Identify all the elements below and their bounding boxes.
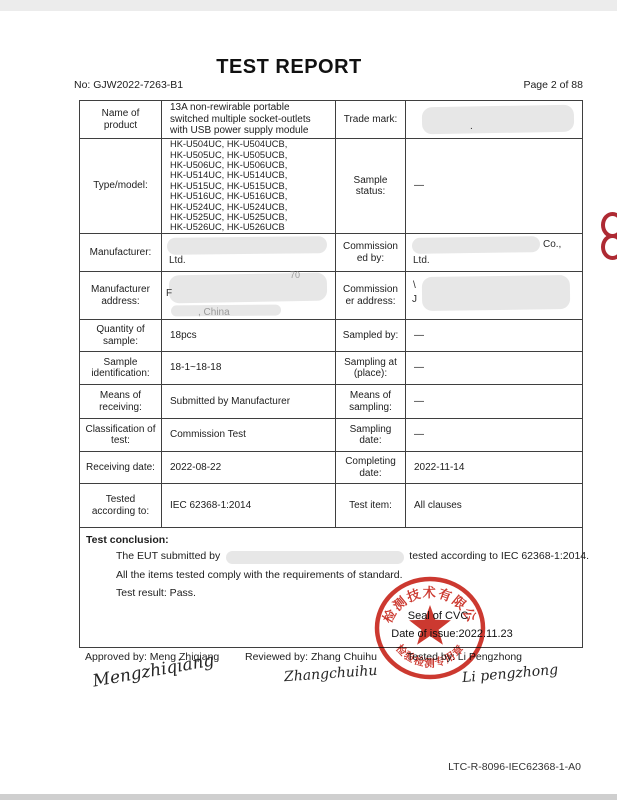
redaction-blob bbox=[422, 105, 574, 135]
means-of-receiving-value: Submitted by Manufacturer bbox=[162, 385, 336, 419]
means-of-sampling-value: — bbox=[406, 385, 582, 419]
row-classification: Classification of test: Commission Test … bbox=[80, 419, 582, 452]
sample-status-label: Sample status: bbox=[336, 139, 406, 234]
trade-mark-value: . bbox=[406, 101, 582, 139]
means-of-sampling-label: Means of sampling: bbox=[336, 385, 406, 419]
tested-according-to-label: Tested according to: bbox=[80, 484, 162, 528]
redaction-blob bbox=[226, 551, 404, 564]
test-item-label: Test item: bbox=[336, 484, 406, 528]
test-conclusion-heading: Test conclusion: bbox=[86, 534, 169, 546]
sampled-by-value: — bbox=[406, 320, 582, 352]
row-manufacturer-address: Manufacturer address: 70 F , China Commi… bbox=[80, 272, 582, 320]
redaction-blob bbox=[167, 236, 327, 255]
trade-mark-label: Trade mark: bbox=[336, 101, 406, 139]
row-quantity: Quantity of sample: 18pcs Sampled by: — bbox=[80, 320, 582, 352]
page-number: Page 2 of 88 bbox=[523, 79, 583, 91]
reviewed-signature: Zhangchuihu bbox=[284, 663, 378, 685]
manufacturer-fragment: Ltd. bbox=[169, 255, 186, 267]
commissioned-by-fragment-co: Co., bbox=[543, 239, 561, 251]
scan-bottom-strip bbox=[0, 794, 617, 800]
type-model-value: HK-U504UC, HK-U504UCB, HK-U505UC, HK-U50… bbox=[162, 139, 336, 234]
commissioned-by-label: Commission ed by: bbox=[336, 234, 406, 272]
sampling-date-label: Sampling date: bbox=[336, 419, 406, 452]
address-fragment-left: F bbox=[166, 288, 172, 300]
quantity-label: Quantity of sample: bbox=[80, 320, 162, 352]
sampling-place-label: Sampling at (place): bbox=[336, 352, 406, 385]
conclusion-line1-before: The EUT submitted by bbox=[116, 550, 220, 562]
address-fragment-top: 70 bbox=[290, 270, 300, 282]
sampling-date-value: — bbox=[406, 419, 582, 452]
manufacturer-label: Manufacturer: bbox=[80, 234, 162, 272]
row-manufacturer: Manufacturer: Ltd. Commission ed by: Co.… bbox=[80, 234, 582, 272]
type-model-label: Type/model: bbox=[80, 139, 162, 234]
classification-value: Commission Test bbox=[162, 419, 336, 452]
conclusion-line-3: Test result: Pass. bbox=[116, 587, 196, 599]
commissioner-address-fragment-1: \ bbox=[413, 280, 416, 292]
edge-stamp-mark-bottom bbox=[601, 234, 617, 260]
address-fragment-china: , China bbox=[198, 307, 230, 319]
conclusion-line1-after: tested according to IEC 62368-1:2014. bbox=[409, 550, 589, 562]
test-item-value: All clauses bbox=[406, 484, 582, 528]
row-sample-identification: Sample identification: 18-1~18-18 Sampli… bbox=[80, 352, 582, 385]
scan-top-strip bbox=[0, 0, 617, 11]
seal-arc-bottom-text: 检验检测专用章 bbox=[393, 642, 467, 670]
sample-status-value: — bbox=[406, 139, 582, 234]
classification-label: Classification of test: bbox=[80, 419, 162, 452]
conclusion-line-1: The EUT submitted bytested according to … bbox=[116, 550, 589, 562]
redaction-blob bbox=[422, 275, 570, 311]
manufacturer-value: Ltd. bbox=[162, 234, 336, 272]
completing-date-value: 2022-11-14 bbox=[406, 452, 582, 484]
page-title: TEST REPORT bbox=[0, 56, 578, 79]
redaction-blob bbox=[169, 273, 327, 304]
row-receiving-date: Receiving date: 2022-08-22 Completing da… bbox=[80, 452, 582, 484]
receiving-date-label: Receiving date: bbox=[80, 452, 162, 484]
footer-doc-code: LTC-R-8096-IEC62368-1-A0 bbox=[79, 761, 581, 773]
commissioned-by-value: Co., Ltd. bbox=[406, 234, 582, 272]
seal-of-cvc-text: Seal of CVC bbox=[388, 610, 488, 622]
trade-mark-fragment: . bbox=[470, 121, 473, 133]
row-tested-according-to: Tested according to: IEC 62368-1:2014 Te… bbox=[80, 484, 582, 528]
quantity-value: 18pcs bbox=[162, 320, 336, 352]
commissioner-address-value: \ J bbox=[406, 272, 582, 320]
name-of-product-value: 13A non-rewirable portable switched mult… bbox=[162, 101, 336, 139]
commissioner-address-label: Commission er address: bbox=[336, 272, 406, 320]
manufacturer-address-value: 70 F , China bbox=[162, 272, 336, 320]
sample-identification-label: Sample identification: bbox=[80, 352, 162, 385]
svg-text:检验检测专用章: 检验检测专用章 bbox=[393, 642, 467, 670]
receiving-date-value: 2022-08-22 bbox=[162, 452, 336, 484]
row-means-of-receiving: Means of receiving: Submitted by Manufac… bbox=[80, 385, 582, 419]
sample-identification-value: 18-1~18-18 bbox=[162, 352, 336, 385]
report-number: No: GJW2022-7263-B1 bbox=[74, 79, 183, 91]
conclusion-line-2: All the items tested comply with the req… bbox=[116, 569, 403, 581]
means-of-receiving-label: Means of receiving: bbox=[80, 385, 162, 419]
row-name-of-product: Name of product 13A non-rewirable portab… bbox=[80, 101, 582, 139]
name-of-product-label: Name of product bbox=[80, 101, 162, 139]
manufacturer-address-label: Manufacturer address: bbox=[80, 272, 162, 320]
redaction-blob bbox=[412, 236, 540, 254]
tested-according-to-value: IEC 62368-1:2014 bbox=[162, 484, 336, 528]
reviewed-by-text: Reviewed by: Zhang Chuihu bbox=[245, 651, 377, 663]
commissioner-address-fragment-2: J bbox=[412, 294, 417, 306]
seal-date-of-issue: Date of issue:2022.11.23 bbox=[385, 628, 519, 640]
report-table: Name of product 13A non-rewirable portab… bbox=[79, 100, 583, 648]
commissioned-by-fragment-ltd: Ltd. bbox=[413, 255, 430, 267]
row-type-model: Type/model: HK-U504UC, HK-U504UCB, HK-U5… bbox=[80, 139, 582, 234]
sampled-by-label: Sampled by: bbox=[336, 320, 406, 352]
completing-date-label: Completing date: bbox=[336, 452, 406, 484]
document-page: TEST REPORT No: GJW2022-7263-B1 Page 2 o… bbox=[0, 0, 617, 800]
sampling-place-value: — bbox=[406, 352, 582, 385]
